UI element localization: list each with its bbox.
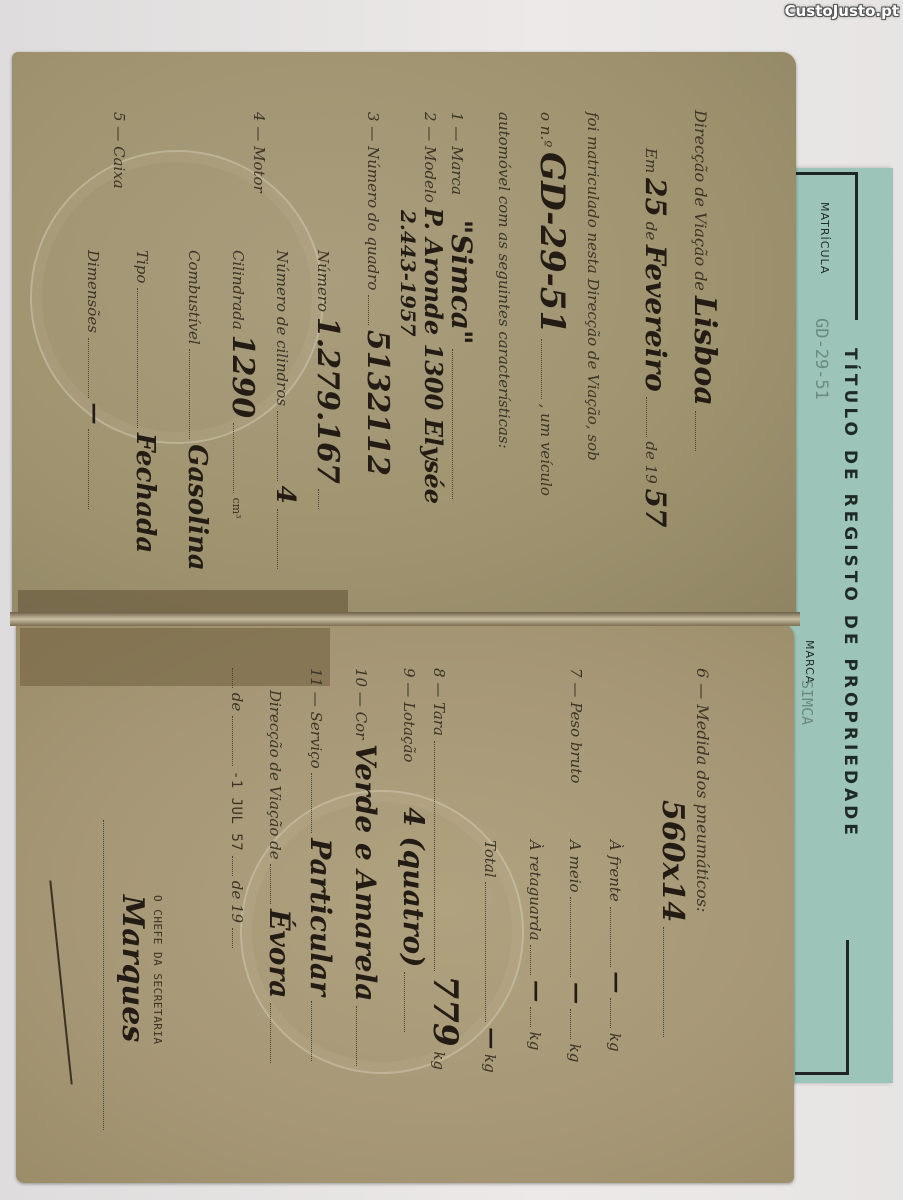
- registered-line: foi matriculado nesta Direcção de Viação…: [584, 112, 602, 461]
- field-peso-label: 7 — Peso bruto: [567, 668, 585, 783]
- cilindrada-label: Cilindrada: [229, 250, 247, 330]
- slip-matricula-value: GD-29-51: [811, 318, 831, 400]
- retaguarda-unit: kg: [526, 1032, 544, 1051]
- field-frente: À frente — kg: [604, 840, 630, 1052]
- field-marca: 1 — Marca "Simca": [445, 112, 478, 499]
- field-total: Total — kg: [479, 840, 505, 1073]
- dimensoes-label: Dimensões: [84, 250, 102, 333]
- meio-value: —: [564, 982, 590, 1004]
- cilindros-value: 4: [270, 486, 300, 504]
- field-quadro: 3 — Número do quadro 5132112: [360, 112, 395, 476]
- date-year-prefix: de 19: [642, 441, 660, 483]
- field-servico: 11 — Serviço Particular: [304, 668, 337, 1061]
- tipo-label: Tipo: [133, 250, 151, 283]
- total-unit: kg: [481, 1054, 499, 1073]
- lotacao-label: 9 — Lotação: [400, 668, 418, 762]
- modelo-value-2: 2.443-1957: [396, 210, 420, 337]
- marca-label: 1 — Marca: [448, 112, 466, 195]
- tara-value: 779: [425, 976, 465, 1047]
- field-tipo: Tipo Fechada: [130, 250, 160, 553]
- tape-strip-bottom: [20, 628, 330, 686]
- characteristics-line: automóvel com as seguintes característic…: [495, 112, 513, 449]
- field-cor: 10 — Cor Verde e Amarela: [349, 668, 382, 1066]
- issue-date-suffix: de 19: [228, 881, 246, 923]
- tape-strip-top: [18, 590, 348, 614]
- frente-label: À frente: [606, 840, 624, 902]
- cilindros-label: Número de cilindros: [273, 250, 291, 406]
- number-suffix: , um veículo: [537, 404, 555, 496]
- direccao-value: Évora: [263, 909, 296, 998]
- date-day: 25: [639, 178, 672, 217]
- slip-bracket-bottom-vertical: [846, 940, 849, 1075]
- motor-numero-label: Número: [314, 250, 332, 312]
- meio-unit: kg: [566, 1044, 584, 1063]
- frente-value: —: [604, 971, 630, 993]
- registration-title-slip: [785, 168, 893, 1083]
- header-line: Direcção de Viação de Lisboa: [687, 110, 722, 451]
- field-modelo: 2 — Modelo P. Aronde 1300 Elysée: [419, 112, 448, 504]
- field-retaguarda: À retaguarda — kg: [524, 840, 550, 1050]
- quadro-label: 3 — Número do quadro: [364, 112, 382, 290]
- field-motor-numero: Número 1.279.167: [310, 250, 345, 509]
- meio-label: A meio: [566, 840, 584, 893]
- chefe-secretaria-label: O CHEFE DA SECRETARIA: [151, 895, 164, 1045]
- quadro-value: 5132112: [360, 330, 395, 476]
- issue-date-stamp: -1 JUL 57: [228, 771, 244, 851]
- field-date-issued: de -1 JUL 57 de 19: [228, 668, 246, 948]
- issue-date-prefix: de: [228, 693, 246, 711]
- frente-unit: kg: [606, 1033, 624, 1052]
- pneus-value-line: 560x14: [655, 800, 690, 1037]
- field-cilindros: Número de cilindros 4: [270, 250, 300, 569]
- number-line: o n.º GD-29-51 , um veículo: [532, 112, 572, 496]
- tara-label: 8 — Tara: [430, 668, 448, 736]
- field-lotacao: 9 — Lotação 4 (quatro): [397, 668, 430, 1032]
- signature: Marques: [115, 895, 150, 1042]
- servico-value: Particular: [304, 838, 337, 996]
- motor-numero-value: 1.279.167: [310, 317, 345, 484]
- district-hand: Lisboa: [687, 296, 722, 406]
- lotacao-value: 4 (quatro): [397, 807, 430, 967]
- cilindrada-unit: cm³: [230, 498, 243, 519]
- tara-unit: kg: [430, 1051, 448, 1070]
- total-value: —: [479, 1027, 505, 1049]
- retaguarda-label: À retaguarda: [526, 840, 544, 941]
- cilindrada-value: 1290: [225, 335, 260, 419]
- modelo-value: P. Aronde 1300 Elysée: [419, 208, 448, 504]
- field-meio: A meio — kg: [564, 840, 590, 1062]
- slip-title: TÍTULO DE REGISTO DE PROPRIEDADE: [840, 348, 860, 839]
- date-year: 57: [639, 489, 672, 528]
- slip-marca-label: MARCA: [803, 640, 816, 684]
- date-line: Em 25 de Fevereiro de 19 57: [639, 148, 672, 528]
- field-tara: 8 — Tara 779 kg: [425, 668, 465, 1070]
- retaguarda-value: —: [524, 980, 550, 1002]
- combustivel-label: Combustível: [185, 250, 203, 345]
- modelo-label: 2 — Modelo: [421, 112, 439, 203]
- slip-bracket-top-vertical: [855, 172, 858, 320]
- cor-value: Verde e Amarela: [349, 744, 382, 1001]
- field-modelo-line2: 2.443-1957: [396, 210, 420, 337]
- date-prefix: Em: [642, 148, 660, 173]
- field-cilindrada: Cilindrada 1290 cm³: [225, 250, 260, 519]
- slip-bracket-top: [795, 172, 857, 175]
- header-text: Direcção de Viação de: [691, 110, 710, 291]
- field-combustivel: Combustível Gasolina: [182, 250, 212, 571]
- total-label: Total: [481, 840, 499, 878]
- field-direccao: Direcção de Viação de Évora: [263, 690, 296, 1063]
- date-de: de: [642, 222, 660, 240]
- field-pneus: 6 — Medida dos pneumáticos:: [693, 668, 712, 912]
- tipo-value: Fechada: [130, 433, 160, 553]
- slip-matricula-label: MATRÍCULA: [818, 202, 831, 274]
- signature-dotted-line: [103, 820, 105, 1130]
- direccao-label: Direcção de Viação de: [266, 690, 284, 860]
- date-month: Fevereiro: [639, 245, 672, 392]
- field-dimensoes: Dimensões —: [82, 250, 108, 509]
- dimensoes-value: —: [82, 402, 108, 424]
- field-motor: 4 — Motor: [250, 112, 268, 193]
- slip-bracket-bottom: [795, 1072, 849, 1075]
- number-prefix: o n.º: [537, 112, 555, 147]
- servico-label: 11 — Serviço: [307, 668, 325, 769]
- document-fold: [10, 612, 800, 626]
- combustivel-value: Gasolina: [182, 444, 212, 571]
- marca-value: "Simca": [445, 220, 478, 345]
- pneus-value: 560x14: [655, 800, 690, 922]
- site-watermark: CustoJusto.pt: [785, 2, 899, 20]
- field-caixa: 5 — Caixa: [110, 112, 128, 189]
- cor-label: 10 — Cor: [352, 668, 370, 739]
- registration-number: GD-29-51: [532, 152, 572, 334]
- slip-marca-value: SIMCA: [798, 680, 816, 725]
